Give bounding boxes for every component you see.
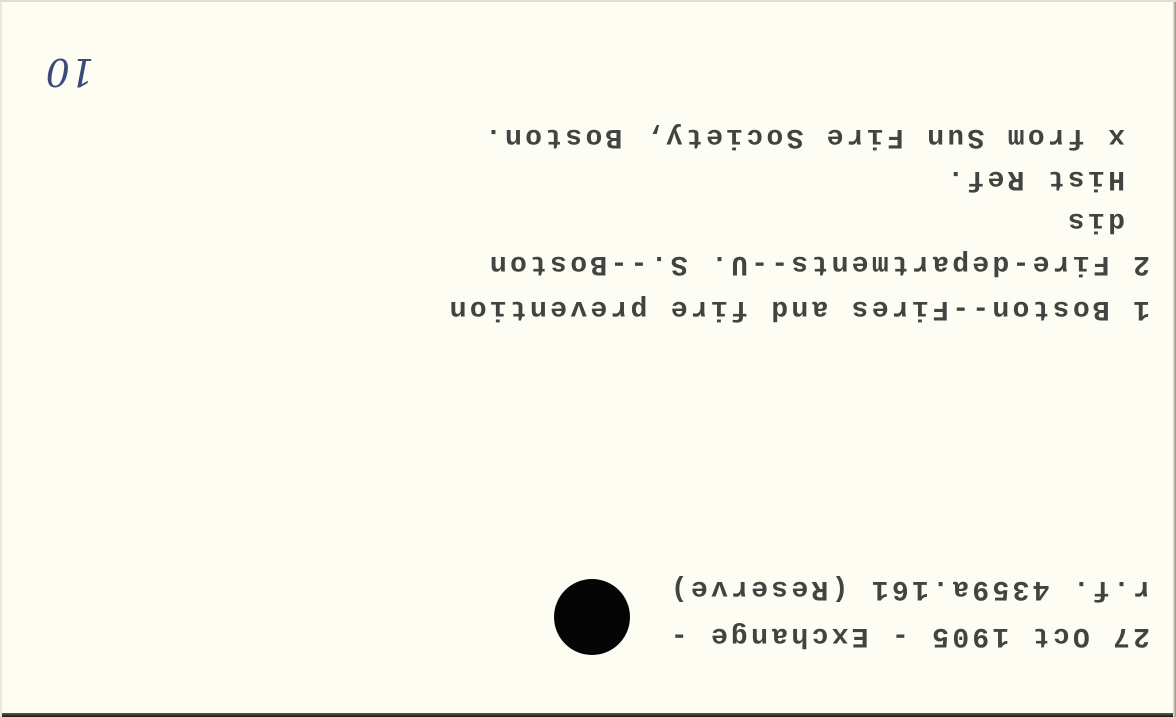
subject-heading-1: 1 Boston--Fires and fire prevention: [446, 294, 1150, 322]
accession-date-line: 27 Oct 1905 - Exchange -: [668, 621, 1150, 649]
note-dis: dis: [1065, 206, 1125, 234]
note-provenance: x from Sun Fire Society, Boston.: [482, 122, 1125, 150]
punch-hole: [554, 579, 630, 655]
note-hist-ref: Hist Ref.: [944, 164, 1125, 192]
card-edge-bottom: [0, 0, 1176, 2]
catalog-card: 27 Oct 1905 - Exchange - r.f. 4359a.161 …: [0, 0, 1176, 717]
card-edge-top: [0, 713, 1176, 717]
card-edge-right: [0, 0, 2, 717]
handwritten-number: 10: [46, 53, 94, 91]
call-number-line: r.f. 4359a.161 (Reserve): [668, 574, 1150, 602]
subject-heading-2: 2 Fire-departments--U. S.--Boston: [487, 249, 1150, 277]
